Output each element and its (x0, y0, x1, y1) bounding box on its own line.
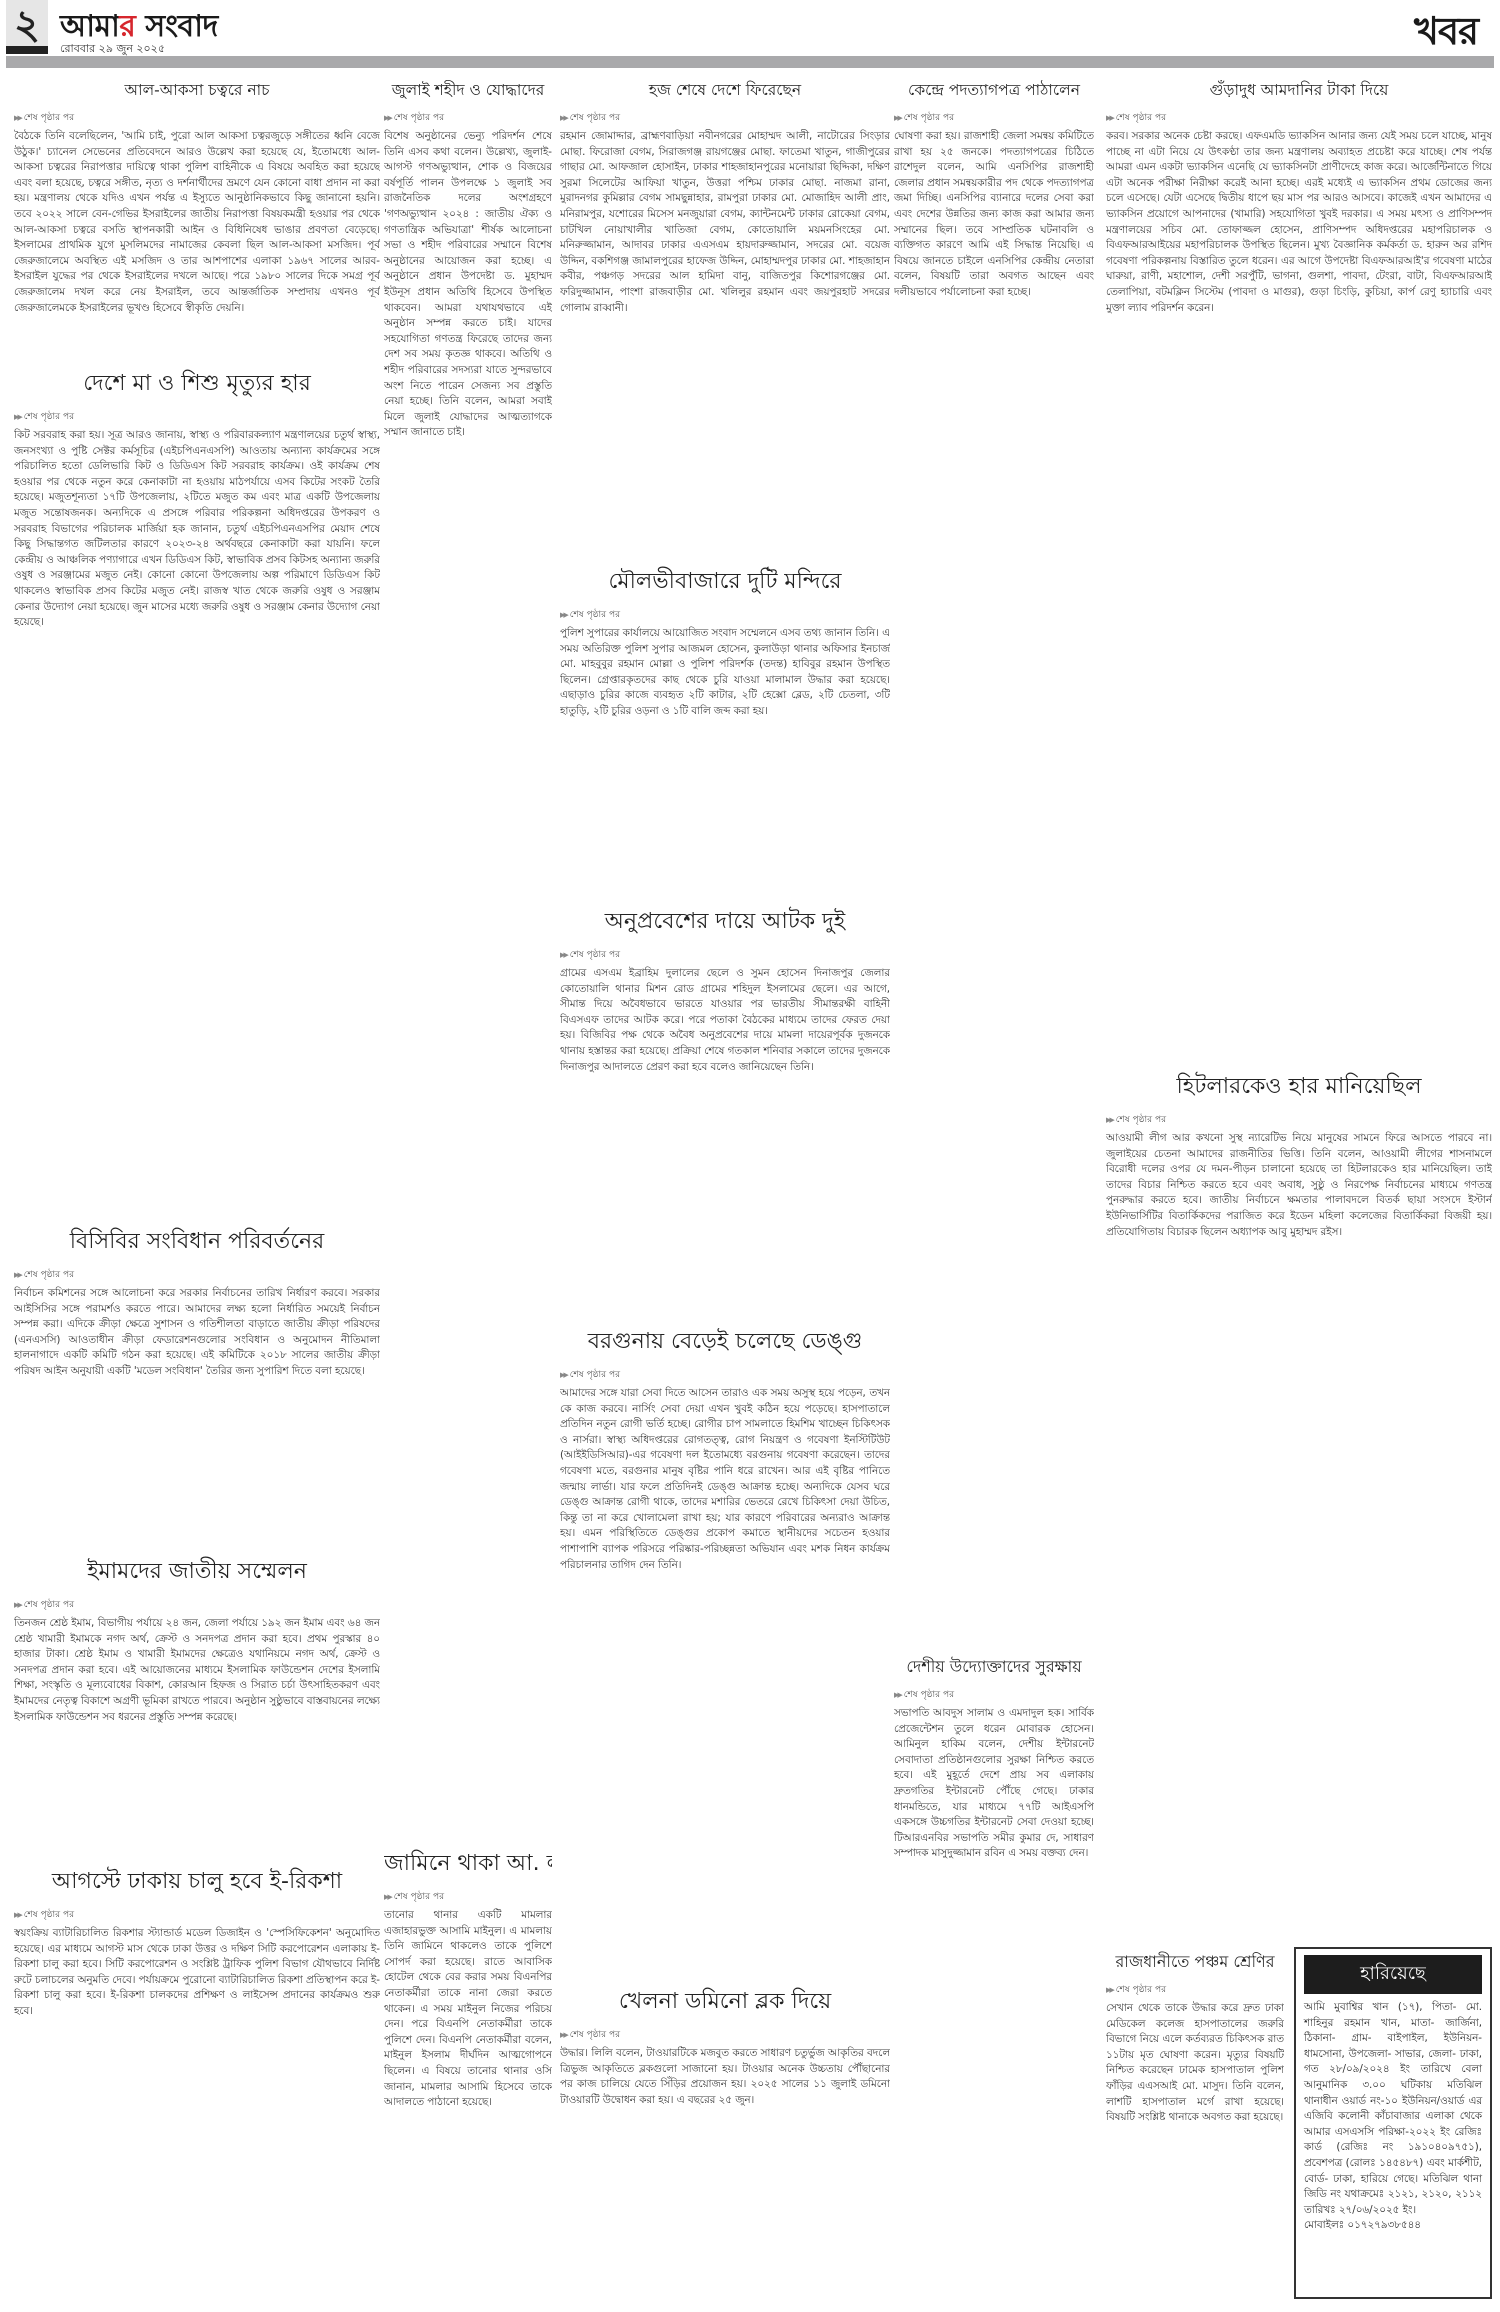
continued-marker: ▶▶শেষ পৃষ্ঠার পর (560, 947, 890, 962)
article-imam-conference: ইমামদের জাতীয় সম্মেলন ▶▶শেষ পৃষ্ঠার পর … (14, 1544, 380, 1854)
article-fifth-grade: রাজধানীতে পঞ্চম শ্রেণির ▶▶শেষ পৃষ্ঠার পর… (1106, 1939, 1284, 2299)
article-headline: রাজধানীতে পঞ্চম শ্রেণির (1106, 1949, 1284, 1976)
article-headline: জুলাই শহীদ ও যোদ্ধাদের (384, 78, 552, 104)
article-body: নির্বাচন কমিশনের সঙ্গে আলোচনা করে সরকার … (14, 1286, 380, 1380)
lost-notice-box: হারিয়েছে আমি মুবাশ্বির খান (১৭), পিতা- … (1294, 1947, 1492, 2299)
article-body: সভাপতি আবদুস সালাম ও এমদাদুল হক। সার্বিক… (894, 1706, 1094, 1862)
article-headline: আল-আকসা চত্বরে নাচ (14, 78, 380, 104)
article-headline: খেলনা ডমিনো ব্লক দিয়ে (560, 1984, 890, 2021)
article-hitler-comparison: হিটলারকেও হার মানিয়েছিল ▶▶শেষ পৃষ্ঠার প… (1106, 1059, 1492, 1939)
article-body: উদ্ধার। লিলি বলেন, টাওয়ারটিকে মজবুত করত… (560, 2046, 890, 2108)
article-moulvibazar-temples: মৌলভীবাজারে দুটি মন্দিরে ▶▶শেষ পৃষ্ঠার প… (560, 554, 890, 894)
article-body: বৈঠকে তিনি বলেছিলেন, 'আমি চাই, পুরো আল আ… (14, 129, 380, 316)
continued-marker: ▶▶শেষ পৃষ্ঠার পর (1106, 110, 1492, 125)
article-body: পুলিশ সুপারের কার্যালয়ে আয়োজিত সংবাদ স… (560, 626, 890, 720)
double-arrow-icon: ▶▶ (384, 1893, 391, 1901)
double-arrow-icon: ▶▶ (560, 2031, 567, 2039)
logo-text-red: র (119, 9, 135, 44)
double-arrow-icon: ▶▶ (560, 951, 567, 959)
article-headline: জামিনে থাকা আ. লীগ (384, 1846, 552, 1883)
article-local-entrepreneurs: দেশীয় উদ্যোক্তাদের সুরক্ষায় ▶▶শেষ পৃষ্… (894, 1644, 1094, 2304)
logo-text-b: সংবাদ (135, 9, 217, 44)
article-july-martyrs: জুলাই শহীদ ও যোদ্ধাদের ▶▶শেষ পৃষ্ঠার পর … (384, 74, 552, 1836)
article-al-league-bail: জামিনে থাকা আ. লীগ ▶▶শেষ পৃষ্ঠার পর তানো… (384, 1836, 552, 2296)
article-body: ঘোষণা করা হয়। রাজশাহী জেলা সমন্বয় কমিট… (894, 129, 1094, 301)
article-body: সেখান থেকে তাকে উদ্ধার করে দ্রুত ঢাকা মে… (1106, 2001, 1284, 2126)
lost-notice-body: আমি মুবাশ্বির খান (১৭), পিতা- মো. শাহিনু… (1304, 2000, 1482, 2218)
logo-text-a: আমা (60, 9, 119, 44)
article-milk-powder: গুঁড়াদুধ আমদানির টাকা দিয়ে ▶▶শেষ পৃষ্ঠ… (1106, 74, 1492, 1059)
article-headline: অনুপ্রবেশের দায়ে আটক দুই (560, 904, 890, 941)
article-barguna-dengue: বরগুনায় বেড়েই চলেছে ডেঙ্গু ▶▶শেষ পৃষ্ঠ… (560, 1314, 890, 1974)
article-headline: কেন্দ্রে পদত্যাগপত্র পাঠালেন (894, 78, 1094, 104)
article-body: আওয়ামী লীগ আর কখনো সুস্থ ন্যারেটিভ নিয়… (1106, 1131, 1492, 1240)
double-arrow-icon: ▶▶ (14, 413, 21, 421)
article-headline: দেশে মা ও শিশু মৃত্যুর হার (14, 366, 380, 403)
article-body: আমাদের সঙ্গে যারা সেবা দিতে আসেন তারাও এ… (560, 1386, 890, 1573)
double-arrow-icon: ▶▶ (1106, 1116, 1113, 1124)
double-arrow-icon: ▶▶ (14, 1271, 21, 1279)
article-headline: হিটলারকেও হার মানিয়েছিল (1106, 1069, 1492, 1106)
article-body: রহমান জোমাদ্দার, ব্রাহ্মণবাড়িয়া নবীনগর… (560, 129, 890, 316)
article-body: করব। সরকার অনেক চেষ্টা করছে। এফএমডি ভ্যা… (1106, 129, 1492, 316)
lost-notice-title: হারিয়েছে (1304, 1955, 1482, 1994)
double-arrow-icon: ▶▶ (14, 1601, 21, 1609)
double-arrow-icon: ▶▶ (1106, 114, 1113, 122)
continued-marker: ▶▶শেষ পৃষ্ঠার পর (560, 2027, 890, 2042)
article-al-aqsa: আল-আকসা চত্বরে নাচ ▶▶শেষ পৃষ্ঠার পর বৈঠক… (14, 74, 380, 356)
article-headline: বিসিবির সংবিধান পরিবর্তনের (14, 1224, 380, 1261)
article-headline: বরগুনায় বেড়েই চলেছে ডেঙ্গু (560, 1324, 890, 1361)
continued-marker: ▶▶শেষ পৃষ্ঠার পর (560, 1367, 890, 1382)
page-number: ২ (6, 0, 48, 52)
column-3: হজ শেষে দেশে ফিরেছেন ▶▶শেষ পৃষ্ঠার পর রহ… (560, 74, 890, 2294)
continued-marker: ▶▶শেষ পৃষ্ঠার পর (560, 110, 890, 125)
double-arrow-icon: ▶▶ (894, 114, 901, 122)
double-arrow-icon: ▶▶ (1106, 1986, 1113, 1994)
article-headline: গুঁড়াদুধ আমদানির টাকা দিয়ে (1106, 78, 1492, 104)
double-arrow-icon: ▶▶ (14, 114, 21, 122)
column-2: জুলাই শহীদ ও যোদ্ধাদের ▶▶শেষ পৃষ্ঠার পর … (384, 74, 552, 2296)
masthead-divider (6, 56, 1494, 68)
continued-marker: ▶▶শেষ পৃষ্ঠার পর (560, 607, 890, 622)
double-arrow-icon: ▶▶ (560, 114, 567, 122)
article-maternal-mortality: দেশে মা ও শিশু মৃত্যুর হার ▶▶শেষ পৃষ্ঠার… (14, 356, 380, 1214)
continued-marker: ▶▶শেষ পৃষ্ঠার পর (894, 1687, 1094, 1702)
article-body: তিনজন শ্রেষ্ঠ ইমাম, বিভাগীয় পর্যায়ে ২৪… (14, 1616, 380, 1725)
article-resignation-letter: কেন্দ্রে পদত্যাগপত্র পাঠালেন ▶▶শেষ পৃষ্ঠ… (894, 74, 1094, 1644)
article-e-rickshaw: আগস্টে ঢাকায় চালু হবে ই-রিকশা ▶▶শেষ পৃষ… (14, 1854, 380, 2294)
article-headline: হজ শেষে দেশে ফিরেছেন (560, 78, 890, 104)
continued-marker: ▶▶শেষ পৃষ্ঠার পর (894, 110, 1094, 125)
double-arrow-icon: ▶▶ (384, 114, 391, 122)
continued-marker: ▶▶শেষ পৃষ্ঠার পর (384, 110, 552, 125)
continued-marker: ▶▶শেষ পৃষ্ঠার পর (14, 409, 380, 424)
article-domino-blocks: খেলনা ডমিনো ব্লক দিয়ে ▶▶শেষ পৃষ্ঠার পর … (560, 1974, 890, 2294)
article-body: তানোর থানার একটি মামলার এজাহারভুক্ত আসাম… (384, 1908, 552, 2111)
continued-marker: ▶▶শেষ পৃষ্ঠার পর (14, 1907, 380, 1922)
continued-marker: ▶▶শেষ পৃষ্ঠার পর (14, 110, 380, 125)
masthead: ২ আমার সংবাদ রোববার ২৯ জুন ২০২৫ খবর (0, 0, 1500, 70)
article-bcb-constitution: বিসিবির সংবিধান পরিবর্তনের ▶▶শেষ পৃষ্ঠার… (14, 1214, 380, 1544)
double-arrow-icon: ▶▶ (560, 611, 567, 619)
column-4: কেন্দ্রে পদত্যাগপত্র পাঠালেন ▶▶শেষ পৃষ্ঠ… (894, 74, 1094, 2304)
article-body: গ্রামের এসএম ইব্রাহিম দুলালের ছেলে ও সুম… (560, 966, 890, 1075)
column-1: আল-আকসা চত্বরে নাচ ▶▶শেষ পৃষ্ঠার পর বৈঠক… (14, 74, 380, 2294)
bottom-split: রাজধানীতে পঞ্চম শ্রেণির ▶▶শেষ পৃষ্ঠার পর… (1106, 1939, 1492, 2299)
column-5: গুঁড়াদুধ আমদানির টাকা দিয়ে ▶▶শেষ পৃষ্ঠ… (1106, 74, 1492, 2299)
continued-marker: ▶▶শেষ পৃষ্ঠার পর (14, 1597, 380, 1612)
article-headline: আগস্টে ঢাকায় চালু হবে ই-রিকশা (14, 1864, 380, 1901)
continued-marker: ▶▶শেষ পৃষ্ঠার পর (14, 1267, 380, 1282)
continued-marker: ▶▶শেষ পৃষ্ঠার পর (1106, 1112, 1492, 1127)
continued-marker: ▶▶শেষ পৃষ্ঠার পর (1106, 1982, 1284, 1997)
double-arrow-icon: ▶▶ (894, 1691, 901, 1699)
article-body: বিশেষ অনুষ্ঠানের ভেন্যু পরিদর্শন শেষে তি… (384, 129, 552, 441)
article-body: কিট সরবরাহ করা হয়। সূত্র আরও জানায়, স্… (14, 428, 380, 631)
article-headline: ইমামদের জাতীয় সম্মেলন (14, 1554, 380, 1591)
continued-marker: ▶▶শেষ পৃষ্ঠার পর (384, 1889, 552, 1904)
page-number-bar (6, 46, 48, 54)
article-headline: দেশীয় উদ্যোক্তাদের সুরক্ষায় (894, 1654, 1094, 1681)
lost-notice-mobile: মোবাইলঃ ০১৭২৭৯৩৮৫৪৪ (1304, 2218, 1482, 2234)
article-infiltration-arrest: অনুপ্রবেশের দায়ে আটক দুই ▶▶শেষ পৃষ্ঠার … (560, 894, 890, 1314)
article-hajj-return: হজ শেষে দেশে ফিরেছেন ▶▶শেষ পৃষ্ঠার পর রহ… (560, 74, 890, 554)
double-arrow-icon: ▶▶ (560, 1371, 567, 1379)
article-body: স্বয়ংক্রিয় ব্যাটারিচালিত রিকশার স্ট্যা… (14, 1926, 380, 2020)
article-headline: মৌলভীবাজারে দুটি মন্দিরে (560, 564, 890, 601)
double-arrow-icon: ▶▶ (14, 1911, 21, 1919)
